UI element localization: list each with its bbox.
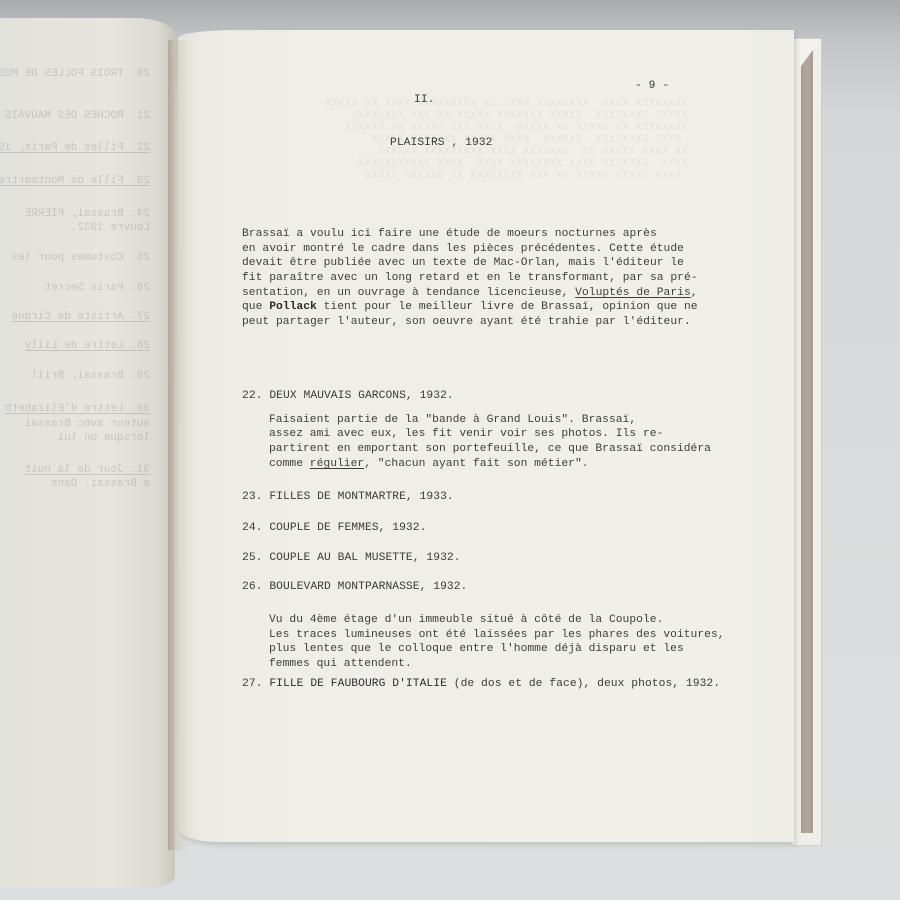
section-numeral: II.: [414, 94, 435, 106]
bleed-line: 21. ROCHES DES MAUVAIS FILLES: [0, 110, 150, 122]
intro-line: en avoir montré le cadre dans les pièces…: [242, 243, 684, 255]
intro-line: Brassaï a voulu ici faire une étude de m…: [242, 228, 657, 240]
entry-text: comme: [269, 458, 310, 470]
bleed-line: lorsque on lui: [58, 432, 150, 444]
intro-text: tient pour le meilleur livre de Brassaï,…: [317, 301, 698, 313]
bleed-line: 22. Filles de Paris, 1932: [0, 142, 150, 154]
photo-scene: 20. TROIS FOLLES DE MUSIQUE 21. ROCHES D…: [0, 0, 900, 900]
entry-description-line: plus lentes que le colloque entre l'homm…: [269, 643, 684, 655]
name-pollack: Pollack: [269, 301, 317, 313]
entry-description-line: Faisaient partie de la "bande à Grand Lo…: [269, 414, 636, 426]
entry-title: COUPLE DE FEMMES, 1932.: [269, 522, 426, 534]
intro-line: fit paraître avec un long retard et en l…: [242, 272, 698, 284]
intro-line: devait être publiée avec un texte de Mac…: [242, 257, 684, 269]
left-facing-page: 20. TROIS FOLLES DE MUSIQUE 21. ROCHES D…: [0, 18, 175, 888]
entry-description-line: comme régulier, "chacun ayant fait son m…: [269, 458, 589, 470]
entry-description-line: partirent en emportant son portefeuille,…: [269, 443, 711, 455]
bleed-line: auteur avec Brassai: [25, 418, 150, 430]
bleed-line: 30. Lettre d'Elizabeth: [5, 403, 150, 415]
intro-line: peut partager l'auteur, son oeuvre ayant…: [242, 316, 691, 328]
entry-number: 25.: [242, 552, 263, 564]
intro-text: ,: [691, 287, 698, 299]
book-gutter-shadow: [168, 40, 190, 850]
bleed-line: 20. TROIS FOLLES DE MUSIQUE: [0, 68, 150, 80]
document-page: XXXXXXXX XXXX XXXXXXXX XXXX XX XXXXXXXXX…: [178, 30, 794, 842]
intro-line: sentation, en un ouvrage à tendance lice…: [242, 287, 698, 299]
intro-text: que: [242, 301, 269, 313]
entry-number: 26.: [242, 581, 263, 593]
page-number: - 9 -: [635, 80, 669, 92]
bleed-line: 27. Artiste de Cirque: [11, 311, 150, 323]
entry-number: 23.: [242, 491, 263, 503]
bleed-line: 23. Fille de Montmartre: [0, 175, 150, 187]
bleed-line: 24. Brassai, PIERRE: [25, 208, 150, 220]
entry-suffix: (de dos et de face), deux photos, 1932.: [447, 678, 720, 690]
entry-description-line: Vu du 4ème étage d'un immeuble situé à c…: [269, 614, 663, 626]
entry-number: 22.: [242, 390, 263, 402]
entry-description-line: Les traces lumineuses ont été laissées p…: [269, 629, 725, 641]
entry-number: 27.: [242, 678, 263, 690]
bleed-line: 28. Lettre de Lilly: [25, 340, 150, 352]
entry-heading: 26. BOULEVARD MONTPARNASSE, 1932.: [242, 581, 467, 593]
entry-heading: 22. DEUX MAUVAIS GARCONS, 1932.: [242, 390, 454, 402]
catalog-entry-24: 24. COUPLE DE FEMMES, 1932.: [242, 522, 426, 534]
entry-title: COUPLE AU BAL MUSETTE, 1932.: [269, 552, 460, 564]
entry-title: FILLE DE FAUBOURG D'ITALIE: [269, 678, 447, 690]
binding-board: [790, 38, 822, 846]
entry-title: FILLES DE MONTMARTRE, 1933.: [269, 491, 453, 503]
intro-line: que Pollack tient pour le meilleur livre…: [242, 301, 698, 313]
section-title: PLAISIRS , 1932: [390, 137, 492, 149]
entry-title: DEUX MAUVAIS GARCONS, 1932.: [269, 390, 453, 402]
entry-description-line: assez ami avec eux, les fit venir voir s…: [269, 428, 663, 440]
entry-text: , "chacun ayant fait son métier".: [364, 458, 588, 470]
bleed-line: 29. Brassai, Brill: [31, 370, 150, 382]
binding-spine-strip: [801, 51, 813, 833]
catalog-entry-25: 25. COUPLE AU BAL MUSETTE, 1932.: [242, 552, 461, 564]
book-title-voluptes-de-paris: Voluptés de Paris: [575, 287, 691, 299]
bleed-line: a Brassai. Dans: [51, 478, 150, 490]
catalog-entry-27: 27. FILLE DE FAUBOURG D'ITALIE (de dos e…: [242, 678, 720, 690]
underlined-word-regulier: régulier: [310, 458, 364, 470]
bleed-line: 31. Jour de la nuit: [25, 464, 150, 476]
bleed-line: Louvre 1932.: [71, 222, 150, 234]
catalog-entry-23: 23. FILLES DE MONTMARTRE, 1933.: [242, 491, 454, 503]
entry-description-line: femmes qui attendent.: [269, 658, 412, 670]
entry-title: BOULEVARD MONTPARNASSE, 1932.: [269, 581, 467, 593]
intro-text: sentation, en un ouvrage à tendance lice…: [242, 287, 575, 299]
bleed-line: 26. Paris Secret: [44, 282, 150, 294]
board-corner: [799, 39, 821, 69]
entry-number: 24.: [242, 522, 263, 534]
bleed-line: 25. Costumes pour les: [11, 252, 150, 264]
